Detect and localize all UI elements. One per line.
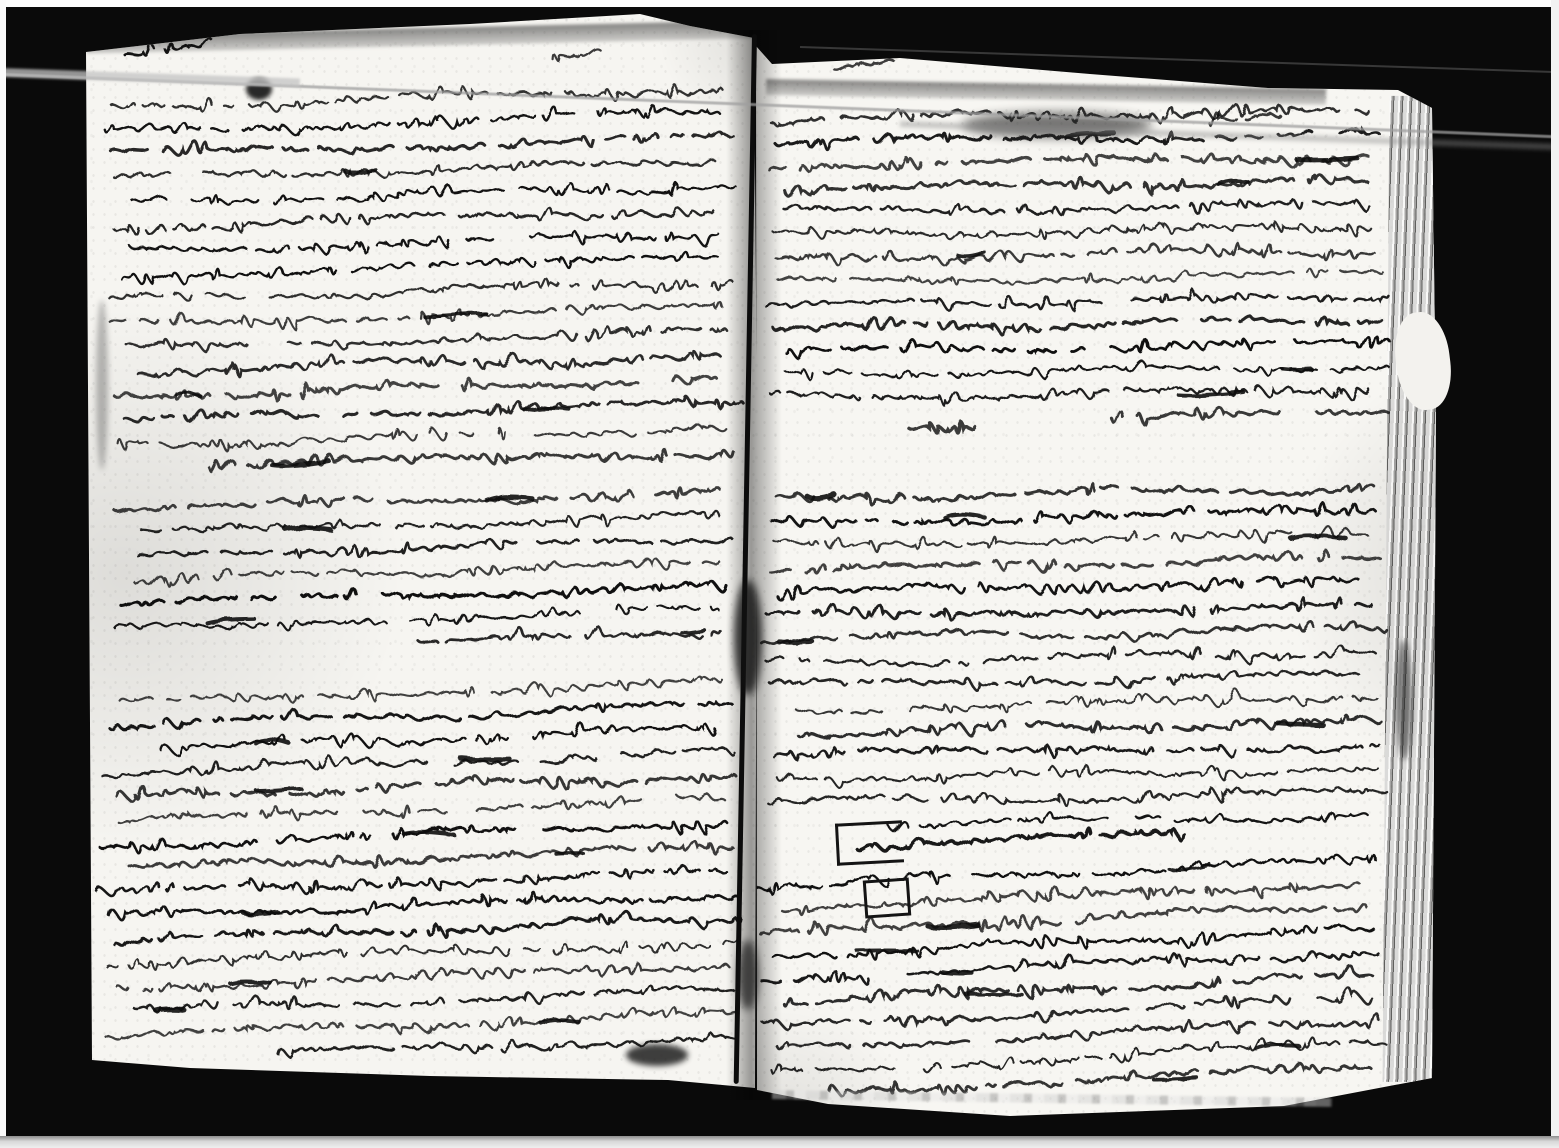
manuscript-photo [0, 0, 1559, 1148]
ink-bracket [835, 820, 904, 865]
ink-stain [1396, 640, 1412, 760]
ink-bracket [863, 877, 912, 918]
film-border-top [0, 0, 1559, 7]
film-border-bottom [0, 1136, 1559, 1148]
film-border-left [0, 0, 6, 1148]
film-border-right [1551, 0, 1559, 1148]
photostat-frame: High-contrast black-and-white photostat … [0, 0, 1559, 1148]
ink-stain [626, 1044, 688, 1066]
ink-stain [734, 580, 762, 695]
ink-stain [738, 940, 758, 1010]
ink-stain [96, 300, 108, 470]
